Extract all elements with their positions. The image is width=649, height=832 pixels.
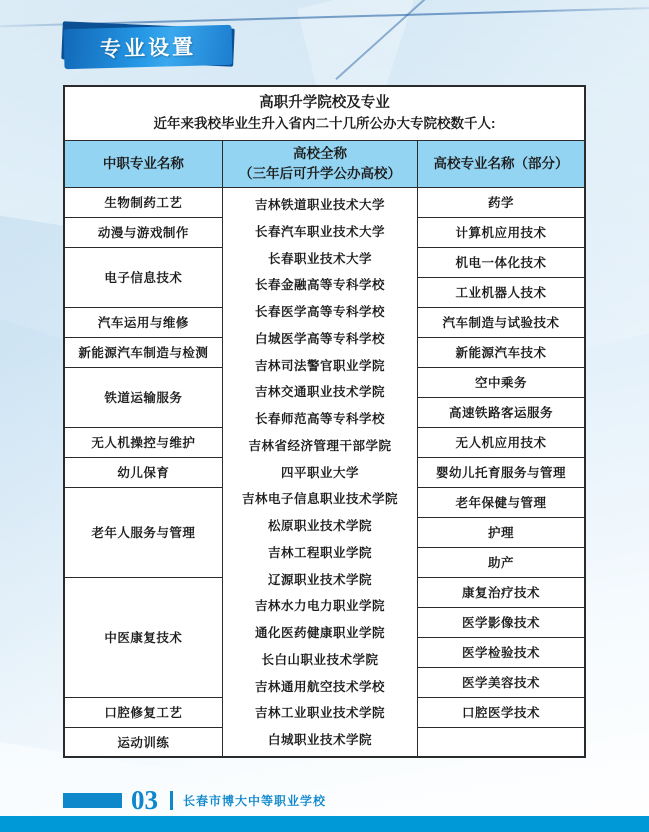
vocational-major-cell: 电子信息技术 — [64, 247, 222, 307]
university-item: 长白山职业技术学院 — [223, 650, 417, 668]
college-major-cell: 护理 — [418, 517, 585, 547]
column-header-college-major: 高校专业名称（部分） — [418, 140, 585, 187]
college-major-cell: 汽车制造与试验技术 — [418, 307, 585, 337]
university-item: 四平职业大学 — [223, 463, 417, 481]
badge-label: 专业设置 — [100, 31, 197, 64]
college-major-cell: 工业机器人技术 — [418, 277, 585, 307]
column-header-university: 高校全称 （三年后可升学公办高校） — [222, 140, 417, 187]
university-item: 白城职业技术学院 — [223, 730, 417, 748]
university-item: 长春汽车职业技术大学 — [223, 222, 417, 240]
university-item: 长春职业技术大学 — [223, 249, 417, 267]
footer-accent-bar — [63, 793, 122, 808]
section-ribbon-badge: 专业设置 — [60, 24, 236, 70]
vocational-major-cell: 口腔修复工艺 — [64, 697, 222, 727]
university-item: 辽源职业技术学院 — [223, 570, 417, 588]
college-major-cell: 计算机应用技术 — [418, 217, 585, 247]
vocational-major-cell: 汽车运用与维修 — [64, 307, 222, 337]
vocational-major-cell: 铁道运输服务 — [64, 367, 222, 427]
vocational-major-cell: 新能源汽车制造与检测 — [64, 337, 222, 367]
university-item: 吉林铁道职业技术大学 — [223, 195, 417, 213]
college-major-cell: 康复治疗技术 — [418, 577, 585, 607]
footer-school-name: 长春市博大中等职业学校 — [183, 792, 326, 809]
vocational-major-cell: 中医康复技术 — [64, 577, 222, 697]
university-item: 长春金融高等专科学校 — [223, 275, 417, 293]
college-major-cell: 新能源汽车技术 — [418, 337, 585, 367]
university-item: 松原职业技术学院 — [223, 516, 417, 534]
university-list-cell: 吉林铁道职业技术大学 长春汽车职业技术大学 长春职业技术大学 长春金融高等专科学… — [222, 187, 417, 757]
college-major-cell: 婴幼儿托育服务与管理 — [418, 457, 585, 487]
college-major-cell: 医学影像技术 — [418, 607, 585, 637]
table-subtitle: 近年来我校毕业生升入省内二十几所公办大专院校数千人: — [73, 115, 576, 134]
bottom-bar — [0, 816, 649, 832]
table-row: 生物制药工艺 吉林铁道职业技术大学 长春汽车职业技术大学 长春职业技术大学 长春… — [64, 187, 585, 217]
college-major-cell: 无人机应用技术 — [418, 427, 585, 457]
college-major-cell: 药学 — [418, 187, 585, 217]
university-item: 吉林工程职业学院 — [223, 543, 417, 561]
table-title-cell: 高职升学院校及专业 近年来我校毕业生升入省内二十几所公办大专院校数千人: — [64, 86, 585, 140]
college-major-cell: 医学检验技术 — [418, 637, 585, 667]
university-item: 吉林通用航空技术学校 — [223, 677, 417, 695]
vocational-major-cell: 老年人服务与管理 — [64, 487, 222, 577]
university-item: 白城医学高等专科学校 — [223, 329, 417, 347]
vocational-major-cell: 动漫与游戏制作 — [64, 217, 222, 247]
column-header-university-line2: （三年后可升学公办高校） — [227, 164, 413, 184]
ribbon-face: 专业设置 — [64, 25, 233, 69]
college-major-cell: 机电一体化技术 — [418, 247, 585, 277]
column-header-vocational-major: 中职专业名称 — [64, 140, 222, 187]
college-major-cell: 助产 — [418, 547, 585, 577]
university-item: 长春医学高等专科学校 — [223, 302, 417, 320]
page: 专业设置 高职升学院校及专业 近年来我校毕业生升入省内二十几所公办大专院校数千人… — [0, 0, 649, 832]
college-major-cell: 口腔医学技术 — [418, 697, 585, 727]
university-item: 吉林交通职业技术学院 — [223, 382, 417, 400]
university-item: 吉林省经济管理干部学院 — [223, 436, 417, 454]
footer-divider — [170, 791, 173, 810]
college-major-cell: 医学美容技术 — [418, 667, 585, 697]
college-major-cell: 老年保健与管理 — [418, 487, 585, 517]
admissions-table: 高职升学院校及专业 近年来我校毕业生升入省内二十几所公办大专院校数千人: 中职专… — [63, 85, 586, 758]
university-item: 吉林司法警官职业学院 — [223, 356, 417, 374]
university-item: 长春师范高等专科学校 — [223, 409, 417, 427]
page-footer: 03 长春市博大中等职业学校 — [63, 787, 326, 813]
table-title: 高职升学院校及专业 — [73, 93, 576, 115]
footer-page-number: 03 — [131, 787, 158, 814]
column-header-university-line1: 高校全称 — [227, 144, 413, 164]
university-item: 吉林电子信息职业技术学院 — [223, 489, 417, 507]
university-list: 吉林铁道职业技术大学 长春汽车职业技术大学 长春职业技术大学 长春金融高等专科学… — [223, 191, 417, 753]
university-item: 通化医药健康职业学院 — [223, 623, 417, 641]
vocational-major-cell: 生物制药工艺 — [64, 187, 222, 217]
vocational-major-cell: 幼儿保育 — [64, 457, 222, 487]
university-item: 吉林水力电力职业学院 — [223, 596, 417, 614]
college-major-cell-empty — [418, 727, 585, 757]
vocational-major-cell: 运动训练 — [64, 727, 222, 757]
university-item: 吉林工业职业技术学院 — [223, 703, 417, 721]
vocational-major-cell: 无人机操控与维护 — [64, 427, 222, 457]
college-major-cell: 空中乘务 — [418, 367, 585, 397]
college-major-cell: 高速铁路客运服务 — [418, 397, 585, 427]
